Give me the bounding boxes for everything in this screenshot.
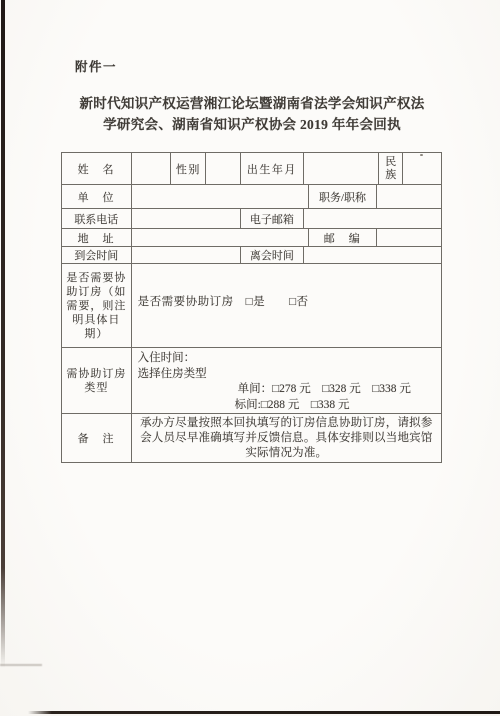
booking-assistance-label: 是否需要协助订房（如需要，则注明具体日期） xyxy=(62,264,131,347)
phone-value-cell xyxy=(131,209,240,228)
scan-bottom-edge xyxy=(28,711,500,714)
booking-assistance-options: 是否需要协助订房 □是 □否 xyxy=(131,264,441,347)
row-unit: 单 位 职务/职称 xyxy=(62,184,441,208)
registration-form-table: 姓 名 性别 出生年月 民族 单 位 职务/职称 联系电话 电子邮箱 地 址 xyxy=(61,152,442,463)
attachment-label: 附件一 xyxy=(75,57,117,75)
ethnicity-value-cell xyxy=(402,153,441,184)
departure-time-value-cell xyxy=(303,247,441,263)
unit-value-cell xyxy=(131,185,308,208)
single-room-prices-line: 单间：□278 元 □328 元 □338 元 xyxy=(138,382,411,398)
room-type-select-line: 选择住房类型 xyxy=(138,367,207,383)
row-remarks: 备 注 承办方尽量按照本回执填写的订房信息协助订房，请拟参会人员尽早准确填写并反… xyxy=(62,413,441,462)
document-title-line1: 新时代知识产权运营湘江论坛暨湖南省法学会知识产权法 xyxy=(58,94,446,115)
row-times: 到会时间 离会时间 xyxy=(62,246,441,263)
postal-code-value-cell xyxy=(376,229,441,246)
position-value-cell xyxy=(376,185,441,208)
check-in-time-line: 入住时间： xyxy=(138,351,196,367)
row-personal-info: 姓 名 性别 出生年月 民族 xyxy=(62,153,441,184)
email-label: 电子邮箱 xyxy=(240,209,303,228)
email-value-cell xyxy=(303,209,441,228)
address-value-cell xyxy=(131,229,308,246)
arrival-time-value-cell xyxy=(131,247,240,263)
unit-label: 单 位 xyxy=(62,185,131,208)
scanned-document-page: 附件一 新时代知识产权运营湘江论坛暨湖南省法学会知识产权法 学研究会、湖南省知识… xyxy=(0,0,500,716)
birth-date-value-cell xyxy=(303,153,379,184)
row-booking-assistance: 是否需要协助订房（如需要，则注明具体日期） 是否需要协助订房 □是 □否 xyxy=(62,263,441,347)
document-title-line2: 学研究会、湖南省知识产权协会 2019 年年会回执 xyxy=(58,115,446,136)
room-type-label: 需协助订房类型 xyxy=(62,348,131,413)
row-contact: 联系电话 电子邮箱 xyxy=(62,208,441,228)
gender-label: 性别 xyxy=(170,153,205,184)
row-address: 地 址 邮 编 xyxy=(62,228,441,246)
row-room-type: 需协助订房类型 入住时间： 选择住房类型 单间：□278 元 □328 元 □3… xyxy=(62,347,441,413)
scan-smudge xyxy=(0,664,42,666)
position-label: 职务/职称 xyxy=(308,185,377,208)
remarks-text: 承办方尽量按照本回执填写的订房信息协助订房，请拟参会人员尽早准确填写并反馈信息。… xyxy=(131,414,441,462)
departure-time-label: 离会时间 xyxy=(240,247,303,263)
phone-label: 联系电话 xyxy=(62,209,131,228)
name-label: 姓 名 xyxy=(62,153,131,184)
standard-room-prices-line: 标间:□288 元 □338 元 xyxy=(138,398,350,414)
birth-date-label: 出生年月 xyxy=(240,153,303,184)
remarks-text-content: 承办方尽量按照本回执填写的订房信息协助订房，请拟参会人员尽早准确填写并反馈信息。… xyxy=(139,416,434,461)
arrival-time-label: 到会时间 xyxy=(62,247,131,263)
document-title: 新时代知识产权运营湘江论坛暨湖南省法学会知识产权法 学研究会、湖南省知识产权协会… xyxy=(58,94,446,135)
room-type-options: 入住时间： 选择住房类型 单间：□278 元 □328 元 □338 元 标间:… xyxy=(131,348,441,413)
postal-code-label: 邮 编 xyxy=(308,229,377,246)
scan-left-edge xyxy=(1,0,5,668)
address-label: 地 址 xyxy=(62,229,131,246)
ethnicity-label: 民族 xyxy=(378,153,402,184)
remarks-label: 备 注 xyxy=(62,414,131,462)
gender-value-cell xyxy=(205,153,240,184)
name-value-cell xyxy=(131,153,171,184)
